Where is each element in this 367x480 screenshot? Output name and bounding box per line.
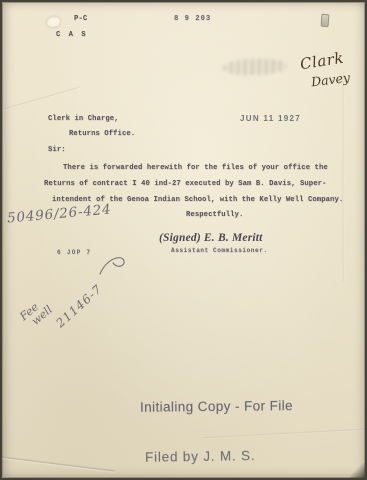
paper-hole-mark	[47, 17, 60, 27]
closing: Respectfully.	[186, 211, 243, 219]
ink-bleedthrough-smudge	[223, 58, 288, 76]
body-line-2: Returns of contract I 40 ind-27 executed…	[44, 180, 326, 188]
file-code: P-C	[74, 15, 87, 23]
handwritten-diagonal-note: Fee well	[18, 295, 54, 330]
handwritten-name-top: Clark	[299, 49, 345, 74]
scanned-letter-page: P-C C A S 8 9 203 Clark Davey Clerk in C…	[0, 0, 367, 480]
signature-title: Assistant Commissioner.	[171, 247, 268, 254]
signature-stamp: (Signed) E. B. Meritt	[159, 232, 263, 244]
handwritten-name-bottom: Davey	[310, 70, 351, 90]
filed-by-stamp: Filed by J. M. S.	[145, 448, 256, 465]
paper-crease	[0, 454, 115, 473]
recipient-line-2: Returns Office.	[69, 130, 135, 138]
scan-corner-shadow	[350, 463, 367, 480]
routing-code-stamp: 6 JOP 7	[57, 249, 91, 256]
handwritten-case-number: 50496/26-424	[7, 201, 113, 226]
salutation: Sir:	[48, 146, 66, 154]
paper-crease	[0, 86, 80, 112]
paper-crease	[342, 72, 345, 282]
initialing-copy-stamp: Initialing Copy - For File	[140, 398, 293, 415]
body-line-1: There is forwarded herewith for the file…	[63, 164, 328, 172]
clerk-initials: C A S	[56, 31, 88, 39]
paper-crease	[202, 427, 367, 439]
received-date-stamp: JUN 11 1927	[240, 114, 301, 123]
handwritten-note-number: 21146-7	[53, 282, 105, 330]
staple-mark	[321, 14, 330, 28]
header-stamp-number: 8 9 203	[174, 15, 211, 23]
recipient-line-1: Clerk in Charge,	[48, 115, 119, 123]
pencil-stroke-loop	[98, 252, 130, 276]
